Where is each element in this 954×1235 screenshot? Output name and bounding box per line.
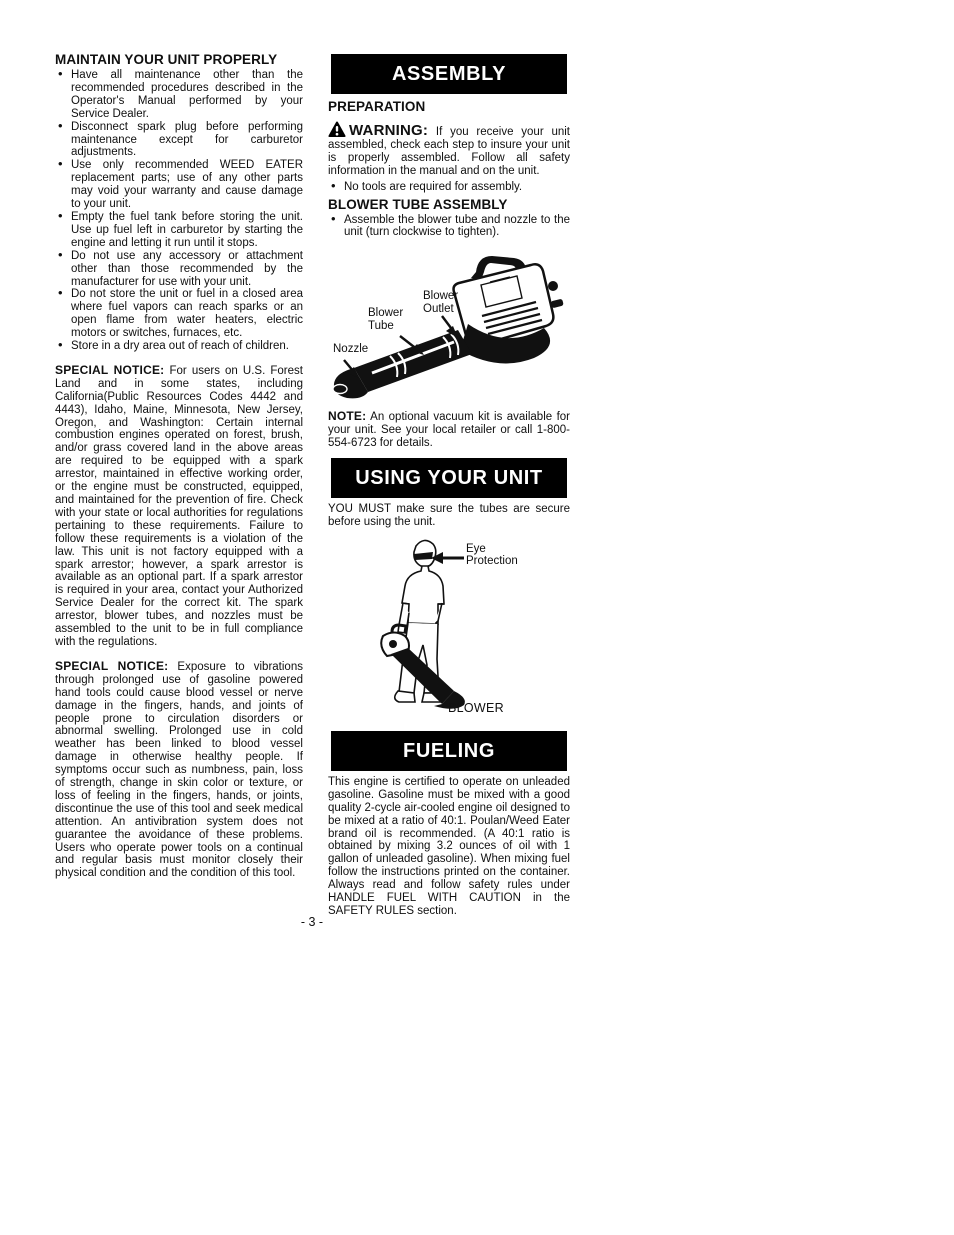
list-item: Do not store the unit or fuel in a close… bbox=[55, 288, 303, 340]
special-notice-forest-land: SPECIAL NOTICE: For users on U.S. Forest… bbox=[55, 364, 303, 649]
eye-protection-label: Eye Protection bbox=[466, 543, 528, 568]
list-item: Disconnect spark plug before performing … bbox=[55, 121, 303, 160]
blower-tube-label: Blower Tube bbox=[368, 307, 418, 332]
blower-assembly-figure: Blower Outlet Blower Tube Nozzle bbox=[330, 252, 570, 402]
using-your-unit-banner: USING YOUR UNIT bbox=[331, 458, 567, 498]
preparation-heading: PREPARATION bbox=[328, 99, 570, 114]
page-number: - 3 - bbox=[55, 915, 569, 929]
maintain-heading: MAINTAIN YOUR UNIT PROPERLY bbox=[55, 52, 303, 67]
special-notice-text: For users on U.S. Forest Land and in som… bbox=[55, 365, 303, 648]
special-notice-label: SPECIAL NOTICE: bbox=[55, 363, 164, 377]
warning-label: WARNING: bbox=[349, 122, 428, 139]
manual-page: MAINTAIN YOUR UNIT PROPERLY Have all mai… bbox=[0, 0, 954, 1235]
operator-illustration bbox=[330, 533, 570, 719]
list-item: No tools are required for assembly. bbox=[328, 181, 570, 194]
assembly-banner: ASSEMBLY bbox=[331, 54, 567, 94]
list-item: Assemble the blower tube and nozzle to t… bbox=[328, 214, 570, 240]
warning-triangle-icon bbox=[328, 121, 346, 138]
list-item: Store in a dry area out of reach of chil… bbox=[55, 340, 303, 353]
fueling-banner: FUELING bbox=[331, 731, 567, 771]
blower-tube-assembly-heading: BLOWER TUBE ASSEMBLY bbox=[328, 197, 570, 212]
list-item: Have all maintenance other than the reco… bbox=[55, 69, 303, 121]
note-label: NOTE: bbox=[328, 409, 366, 423]
list-item: Empty the fuel tank before storing the u… bbox=[55, 211, 303, 250]
blower-outlet-label: Blower Outlet bbox=[423, 290, 477, 315]
warning-paragraph: WARNING: If you receive your unit assemb… bbox=[328, 121, 570, 178]
right-column: ASSEMBLY PREPARATION WARNING: If you rec… bbox=[328, 52, 570, 918]
maintain-bullet-list: Have all maintenance other than the reco… bbox=[55, 69, 303, 353]
blower-operator-figure: Eye Protection BLOWER bbox=[330, 533, 570, 719]
using-text: YOU MUST make sure the tubes are secure … bbox=[328, 503, 570, 529]
blower-illustration bbox=[330, 252, 570, 402]
special-notice-vibration: SPECIAL NOTICE: Exposure to vibrations t… bbox=[55, 660, 303, 880]
blower-tube-bullet-list: Assemble the blower tube and nozzle to t… bbox=[328, 214, 570, 240]
special-notice-label: SPECIAL NOTICE: bbox=[55, 659, 168, 673]
list-item: Do not use any accessory or attachment o… bbox=[55, 250, 303, 289]
fueling-text: This engine is certified to operate on u… bbox=[328, 776, 570, 918]
special-notice-text: Exposure to vibrations through prolonged… bbox=[55, 661, 303, 880]
left-column: MAINTAIN YOUR UNIT PROPERLY Have all mai… bbox=[55, 52, 303, 880]
blower-caption: BLOWER bbox=[448, 701, 504, 715]
list-item: Use only recommended WEED EATER replacem… bbox=[55, 159, 303, 211]
assembly-bullet-list: No tools are required for assembly. bbox=[328, 181, 570, 194]
nozzle-label: Nozzle bbox=[333, 343, 383, 356]
note-paragraph: NOTE: An optional vacuum kit is availabl… bbox=[328, 410, 570, 450]
